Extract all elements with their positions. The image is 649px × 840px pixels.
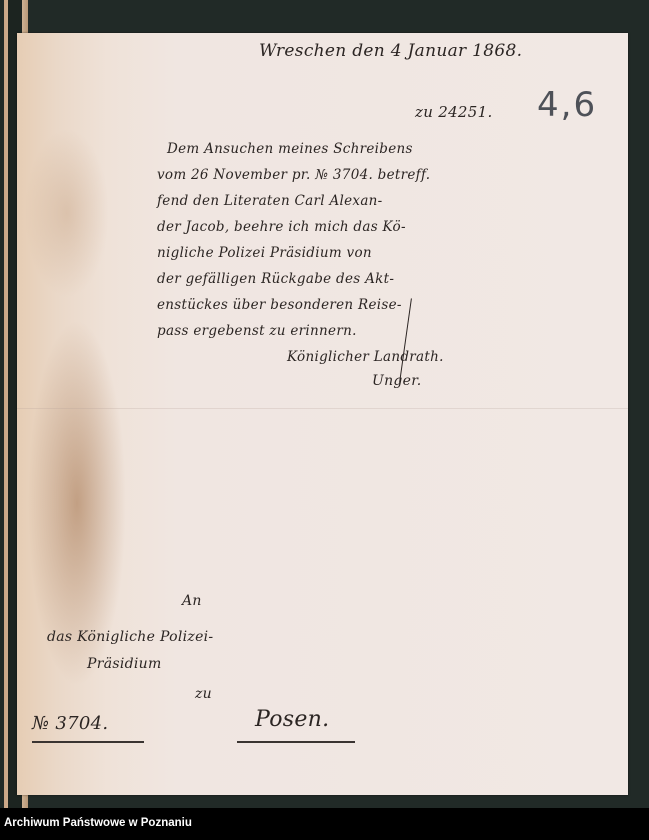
reference-number: zu 24251. (415, 103, 493, 121)
signature: Unger. (372, 373, 421, 389)
body-line: enstückes über besonderen Reise- (157, 292, 402, 318)
address-line-2: Präsidium (87, 656, 162, 672)
pencil-annotation: 4,6 (537, 85, 597, 125)
archive-footer: Archiwum Państwowe w Poznaniu (0, 808, 649, 840)
body-line: der Jacob, beehre ich mich das Kö- (157, 214, 406, 240)
address-city: Posen. (255, 707, 329, 732)
body-line: nigliche Polizei Präsidium von (157, 240, 372, 266)
fold-line (17, 408, 628, 409)
file-number-underline (32, 741, 144, 743)
body-line: vom 26 November pr. № 3704. betreff. (157, 162, 430, 188)
body-line: fend den Literaten Carl Alexan- (157, 188, 383, 214)
letter-sheet: Wreschen den 4 Januar 1868. zu 24251. 4,… (17, 33, 628, 795)
file-number: № 3704. (32, 713, 108, 734)
archive-caption: Archiwum Państwowe w Poznaniu (4, 817, 192, 829)
place-date-line: Wreschen den 4 Januar 1868. (259, 41, 522, 61)
city-underline (237, 741, 355, 743)
body-line: pass ergebenst zu erinnern. (157, 318, 357, 344)
address-line-3: zu (195, 686, 212, 702)
body-line: Dem Ansuchen meines Schreibens (167, 136, 413, 162)
address-line-1: das Königliche Polizei- (47, 629, 213, 645)
address-salutation: An (182, 593, 202, 609)
body-line: der gefälligen Rückgabe des Akt- (157, 266, 394, 292)
closing-title: Königlicher Landrath. (287, 344, 444, 370)
scan-area: Wreschen den 4 Januar 1868. zu 24251. 4,… (0, 0, 649, 808)
